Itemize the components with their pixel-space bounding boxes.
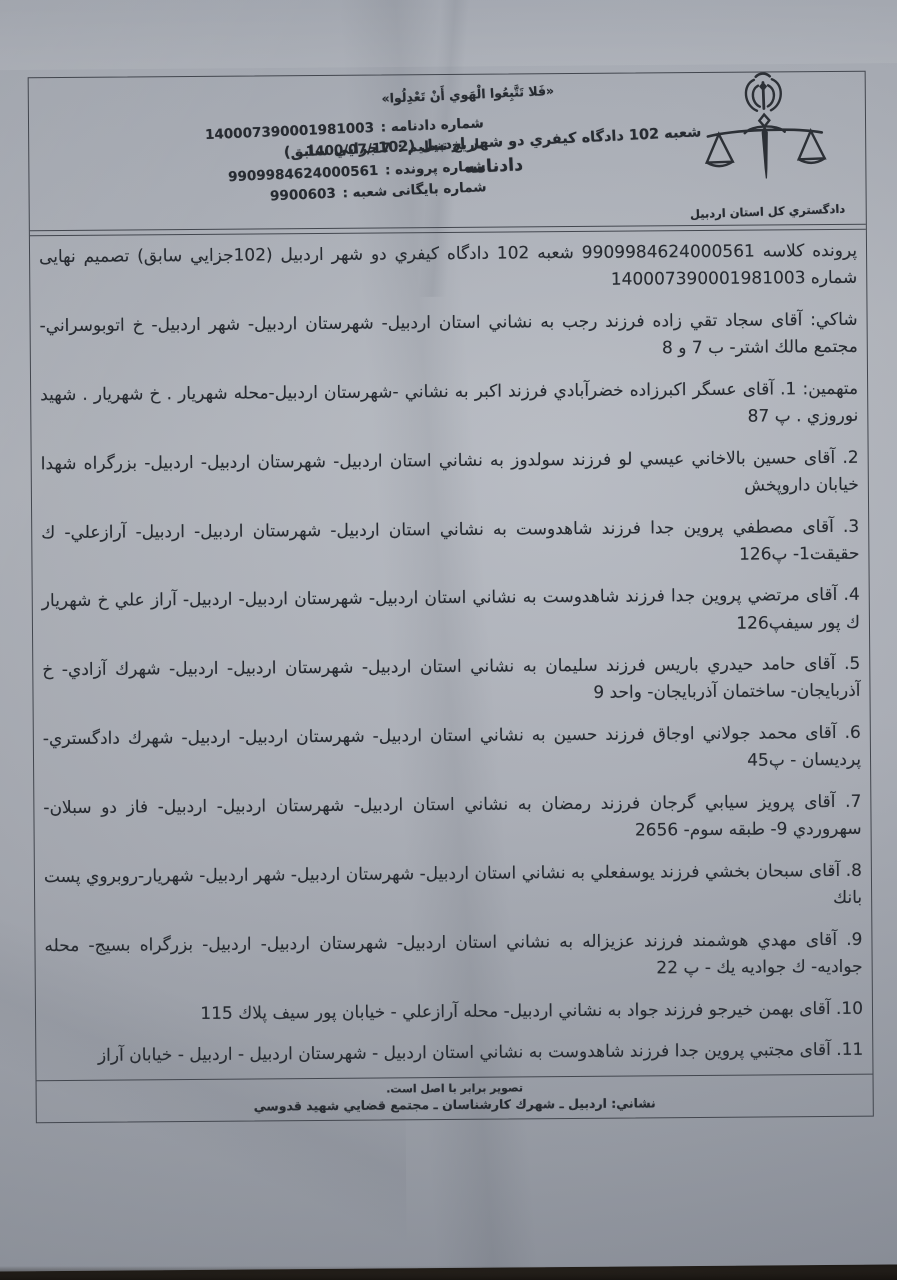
photo-of-court-document: { "doc": { "verse": "«فَلا تَتَّبِعُوا ا…: [0, 0, 897, 1280]
defendant-paragraph-6: 6. آقای محمد جولاني اوجاق فرزند حسین به …: [43, 720, 861, 781]
scales-of-justice-icon: [688, 70, 843, 209]
document-header: «فَلا تَتَّبِعُوا الْهَوي أَنْ تَعْدِلُو…: [29, 72, 866, 231]
meta-value: 9900603: [270, 186, 338, 205]
iran-emblem-icon: [745, 73, 781, 111]
defendant-paragraph-10: 10. آقای بهمن خیرجو فرزند جواد به نشاني …: [45, 995, 863, 1029]
document-body: پرونده کلاسه 9909984624000561 شعبه 102 د…: [30, 230, 873, 1071]
defendant-paragraph-9: 9. آقای مهدي هوشمند فرزند عزیزاله به نشا…: [44, 927, 862, 988]
defendant-paragraph-2: 2. آقای حسین بالاخاني عیسي لو فرزند سولد…: [41, 444, 859, 505]
document-footer: تصویر برابر با اصل است. نشاني: اردبیل ـ …: [37, 1073, 873, 1122]
document-border-box: «فَلا تَتَّبِعُوا الْهَوي أَنْ تَعْدِلُو…: [28, 71, 874, 1123]
defendant-paragraph-7: 7. آقای پرویز سیابي گرجان فرزند رمضان به…: [43, 789, 861, 850]
case-header-paragraph: پرونده کلاسه 9909984624000561 شعبه 102 د…: [39, 238, 857, 299]
defendant-paragraph-3: 3. آقای مصطفي پروین جدا فرزند شاهدوست به…: [41, 513, 859, 574]
paper-sheet: «فَلا تَتَّبِعُوا الْهَوي أَنْ تَعْدِلُو…: [0, 0, 897, 1272]
defendant-paragraph-1: متهمین: 1. آقای عسگر اکبرزاده خضرآبادي ف…: [40, 376, 858, 437]
defendant-paragraph-8: 8. آقای سبحان بخشي فرزند یوسفعلي به نشان…: [44, 858, 862, 919]
meta-label: شماره دادنامه :: [380, 115, 484, 135]
defendant-paragraph-11: 11. آقای مجتبي پروین جدا فرزند شاهدوست ب…: [45, 1037, 863, 1071]
defendant-paragraph-4: 4. آقای مرتضي پروین جدا فرزند شاهدوست به…: [42, 582, 860, 643]
plaintiff-paragraph: شاکي: آقای سجاد تقي زاده فرزند رجب به نش…: [40, 307, 858, 368]
quran-verse: «فَلا تَتَّبِعُوا الْهَوي أَنْ تَعْدِلُو…: [325, 80, 611, 108]
defendant-paragraph-5: 5. آقای حامد حیدري باریس فرزند سلیمان به…: [42, 651, 860, 712]
judiciary-logo: دادگستري کل استان اردبیل: [675, 69, 856, 221]
